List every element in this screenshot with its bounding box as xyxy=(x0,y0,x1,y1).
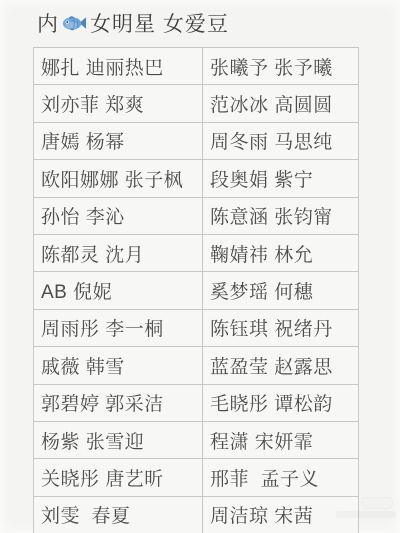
table-row: 刘亦菲 郑爽范冰冰 高圆圆 xyxy=(34,85,359,122)
table-row: 刘雯 春夏周洁琼 宋茜 xyxy=(34,496,359,533)
table-cell: 娜扎 迪丽热巴 xyxy=(34,48,203,85)
screenshot-root: 内 女明星 女爱豆 娜扎 迪丽热巴张曦予 张予曦刘亦菲 郑爽范冰冰 高圆圆唐嫣 … xyxy=(0,0,400,533)
table-cell: 张曦予 张予曦 xyxy=(203,48,359,85)
celeb-table-body: 娜扎 迪丽热巴张曦予 张予曦刘亦菲 郑爽范冰冰 高圆圆唐嫣 杨幂周冬雨 马思纯欧… xyxy=(34,48,359,533)
page-title-prefix: 内 xyxy=(37,8,59,38)
table-cell: 孙怡 李沁 xyxy=(34,197,203,234)
table-cell: 刘雯 春夏 xyxy=(34,496,203,533)
table-cell: 奚梦瑶 何穗 xyxy=(203,272,359,309)
table-cell: 戚薇 韩雪 xyxy=(34,347,203,384)
table-row: 欧阳娜娜 张子枫段奥娟 紫宁 xyxy=(34,160,359,197)
table-cell: 周雨彤 李一桐 xyxy=(34,309,203,346)
page-title: 内 女明星 女爱豆 xyxy=(37,7,229,39)
watermark-logo xyxy=(361,497,393,509)
table-cell: 周洁琼 宋茜 xyxy=(203,496,359,533)
table-row: 陈都灵 沈月鞠婧祎 林允 xyxy=(34,234,359,271)
table-cell: 杨紫 张雪迎 xyxy=(34,421,203,458)
table-cell: 刘亦菲 郑爽 xyxy=(34,85,203,122)
table-row: 郭碧婷 郭采洁毛晓彤 谭松韵 xyxy=(34,384,359,421)
table-cell: 陈都灵 沈月 xyxy=(34,234,203,271)
table-cell: 段奥娟 紫宁 xyxy=(203,160,359,197)
table-row: 孙怡 李沁陈意涵 张钧甯 xyxy=(34,197,359,234)
table-cell: 陈意涵 张钧甯 xyxy=(203,197,359,234)
table-cell: 程潇 宋妍霏 xyxy=(203,421,359,458)
page-title-suffix: 女明星 女爱豆 xyxy=(90,8,229,38)
table-cell: 蓝盈莹 赵露思 xyxy=(203,347,359,384)
table-cell: 欧阳娜娜 张子枫 xyxy=(34,160,203,197)
table-row: 戚薇 韩雪蓝盈莹 赵露思 xyxy=(34,347,359,384)
table-row: AB 倪妮奚梦瑶 何穗 xyxy=(34,272,359,309)
table-row: 周雨彤 李一桐陈钰琪 祝绪丹 xyxy=(34,309,359,346)
table-cell: 关晓彤 唐艺昕 xyxy=(34,459,203,496)
table-cell: 唐嫣 杨幂 xyxy=(34,122,203,159)
table-row: 唐嫣 杨幂周冬雨 马思纯 xyxy=(34,122,359,159)
table-cell: 陈钰琪 祝绪丹 xyxy=(203,309,359,346)
table-cell: AB 倪妮 xyxy=(34,272,203,309)
table-row: 杨紫 张雪迎程潇 宋妍霏 xyxy=(34,421,359,458)
table-cell: 鞠婧祎 林允 xyxy=(203,234,359,271)
table-cell: 毛晓彤 谭松韵 xyxy=(203,384,359,421)
fish-emoji-icon xyxy=(62,12,87,34)
table-cell: 郭碧婷 郭采洁 xyxy=(34,384,203,421)
table-row: 关晓彤 唐艺昕邢菲 孟子义 xyxy=(34,459,359,496)
table-cell: 范冰冰 高圆圆 xyxy=(203,85,359,122)
table-cell: 邢菲 孟子义 xyxy=(203,459,359,496)
table-cell: 周冬雨 马思纯 xyxy=(203,122,359,159)
celebrity-table: 娜扎 迪丽热巴张曦予 张予曦刘亦菲 郑爽范冰冰 高圆圆唐嫣 杨幂周冬雨 马思纯欧… xyxy=(33,47,359,533)
table-row: 娜扎 迪丽热巴张曦予 张予曦 xyxy=(34,48,359,85)
